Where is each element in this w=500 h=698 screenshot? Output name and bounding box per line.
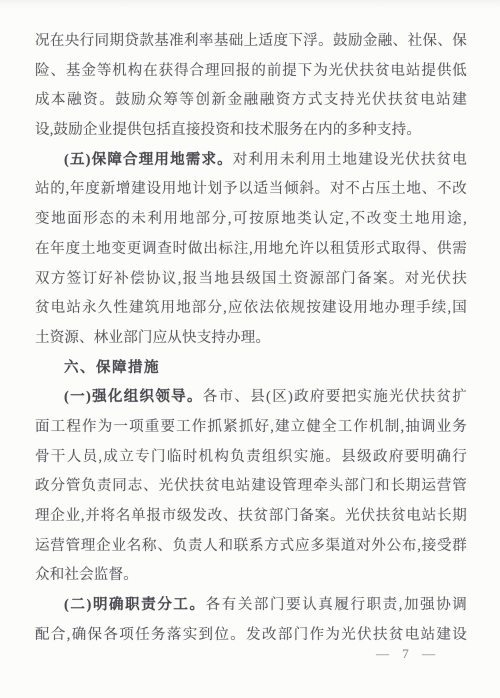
text-line: 土资源、林业部门应从快支持办理。 [35, 324, 467, 354]
text-line: 贫电站永久性建筑用地部分,应依法依规按建设用地办理手续,国 [35, 294, 467, 324]
paragraph-lead: (五)保障合理用地需求。 [64, 152, 233, 168]
line-text: 设,鼓励企业提供包括直接投资和技术服务在内的多种支持。 [35, 122, 421, 138]
line-text: 理企业,并将名单报市级发改、扶贫部门备案。光伏扶贫电站长期 [35, 508, 467, 524]
line-text: 双方签订好补偿协议,报当地县级国土资源部门备案。对光伏扶 [35, 271, 467, 287]
text-line: 众和社会监督。 [35, 561, 467, 591]
text-line: 骨干人员,成立专门临时机构负责组织实施。县级政府要明确行 [35, 443, 467, 473]
line-text: 配合,确保各项任务落实到位。发改部门作为光伏扶贫电站建设 [35, 627, 467, 643]
line-text: 土资源、林业部门应从快支持办理。 [35, 330, 270, 346]
text-line: 变地面形态的未利用地部分,可按原地类认定,不改变土地用途, [35, 205, 467, 235]
document-body: 况在央行同期贷款基准利率基础上适度下浮。鼓励金融、社保、保险、基金等机构在获得合… [35, 27, 467, 650]
text-line: 政分管负责同志、光伏扶贫电站建设管理牵头部门和长期运营管 [35, 472, 467, 502]
paragraph-lead: (二)明确职责分工。 [64, 597, 206, 613]
section-heading: 六、保障措施 [35, 354, 467, 384]
paragraph-lead: (一)强化组织领导。 [64, 389, 203, 405]
line-text: 在年度土地变更调查时做出标注,用地允许以租赁形式取得、供需 [35, 241, 467, 257]
line-text: 站的,年度新增建设用地计划予以适当倾斜。对不占压土地、不改 [35, 181, 467, 197]
text-line: 双方签订好补偿协议,报当地县级国土资源部门备案。对光伏扶 [35, 265, 467, 295]
document-page: 况在央行同期贷款基准利率基础上适度下浮。鼓励金融、社保、保险、基金等机构在获得合… [0, 0, 500, 698]
line-text: 险、基金等机构在获得合理回报的前提下为光伏扶贫电站提供低 [35, 63, 467, 79]
line-text: 变地面形态的未利用地部分,可按原地类认定,不改变土地用途, [35, 211, 467, 227]
scan-edge-artifact [0, 0, 500, 9]
line-text: 各有关部门要认真履行职责,加强协调 [206, 597, 467, 613]
text-line: 理企业,并将名单报市级发改、扶贫部门备案。光伏扶贫电站长期 [35, 502, 467, 532]
text-line: (一)强化组织领导。各市、县(区)政府要把实施光伏扶贫扩 [35, 383, 467, 413]
page-number: — 7 — [0, 644, 440, 664]
text-line: 设,鼓励企业提供包括直接投资和技术服务在内的多种支持。 [35, 116, 467, 146]
line-text: 成本融资。鼓励众筹等创新金融融资方式支持光伏扶贫电站建 [35, 92, 467, 108]
text-line: 险、基金等机构在获得合理回报的前提下为光伏扶贫电站提供低 [35, 57, 467, 87]
line-text: 各市、县(区)政府要把实施光伏扶贫扩 [203, 389, 467, 405]
text-line: (二)明确职责分工。各有关部门要认真履行职责,加强协调 [35, 591, 467, 621]
text-line: 况在央行同期贷款基准利率基础上适度下浮。鼓励金融、社保、保 [35, 27, 467, 57]
line-text: 运营管理企业名称、负责人和联系方式应多渠道对外公布,接受群 [35, 538, 467, 554]
text-line: 成本融资。鼓励众筹等创新金融融资方式支持光伏扶贫电站建 [35, 86, 467, 116]
text-line: 在年度土地变更调查时做出标注,用地允许以租赁形式取得、供需 [35, 235, 467, 265]
line-text: 政分管负责同志、光伏扶贫电站建设管理牵头部门和长期运营管 [35, 478, 467, 494]
text-line: 站的,年度新增建设用地计划予以适当倾斜。对不占压土地、不改 [35, 175, 467, 205]
line-text: 况在央行同期贷款基准利率基础上适度下浮。鼓励金融、社保、保 [35, 33, 467, 49]
line-text: 六、保障措施 [64, 360, 160, 376]
line-text: 众和社会监督。 [35, 567, 138, 583]
text-line: 面工程作为一项重要工作抓紧抓好,建立健全工作机制,抽调业务 [35, 413, 467, 443]
line-text: 对利用未利用土地建设光伏扶贫电 [233, 152, 467, 168]
text-line: (五)保障合理用地需求。对利用未利用土地建设光伏扶贫电 [35, 146, 467, 176]
line-text: 贫电站永久性建筑用地部分,应依法依规按建设用地办理手续,国 [35, 300, 467, 316]
line-text: 骨干人员,成立专门临时机构负责组织实施。县级政府要明确行 [35, 449, 467, 465]
text-line: 运营管理企业名称、负责人和联系方式应多渠道对外公布,接受群 [35, 532, 467, 562]
line-text: 面工程作为一项重要工作抓紧抓好,建立健全工作机制,抽调业务 [35, 419, 467, 435]
